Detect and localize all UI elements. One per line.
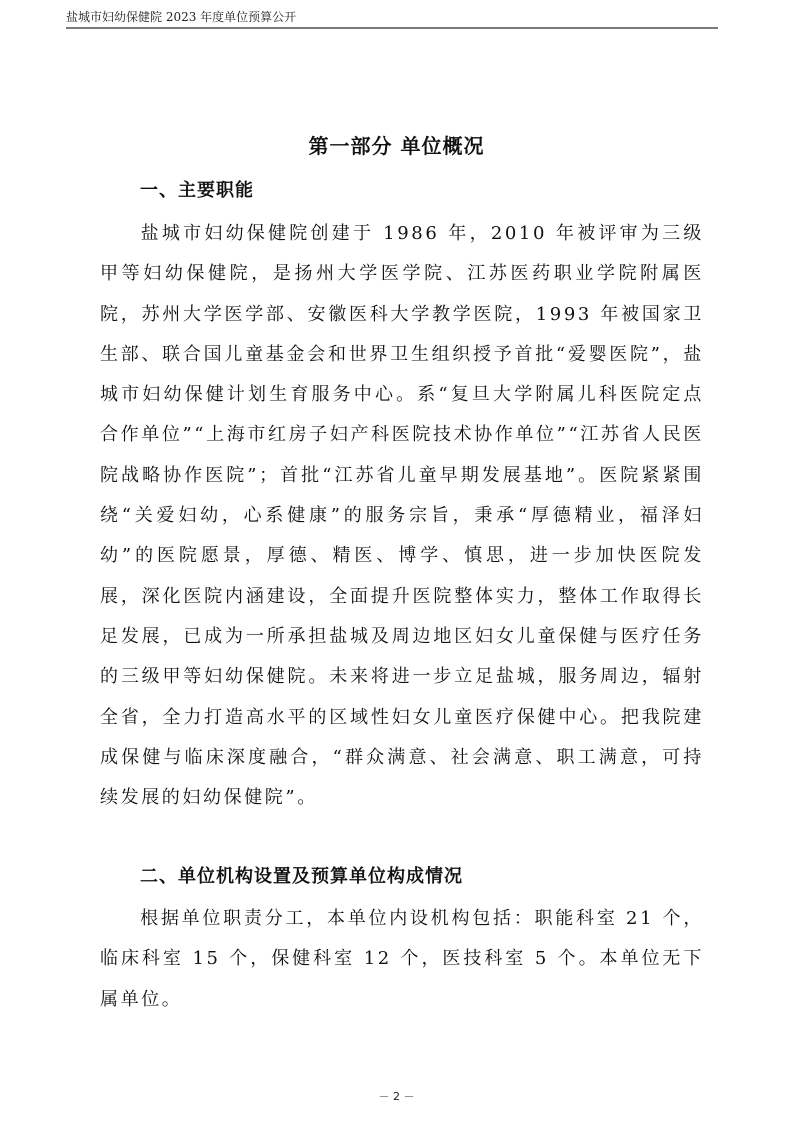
paragraph-text: 盐城市妇幼保健院创建于 1986 年，2010 年被评审为三级甲等妇幼保健院，是… (100, 223, 704, 808)
header-divider (66, 27, 718, 29)
paragraph-text: 根据单位职责分工，本单位内设机构包括：职能科室 21 个，临床科室 15 个，保… (100, 908, 704, 1010)
page-number: － 2 － (0, 1088, 793, 1104)
paragraph-org-structure: 根据单位职责分工，本单位内设机构包括：职能科室 21 个，临床科室 15 个，保… (100, 899, 704, 1020)
section-heading-main-functions: 一、主要职能 (140, 176, 254, 202)
part-title: 第一部分 单位概况 (0, 130, 793, 159)
section-heading-org-structure: 二、单位机构设置及预算单位构成情况 (140, 862, 463, 888)
running-header: 盐城市妇幼保健院 2023 年度单位预算公开 (66, 8, 296, 25)
paragraph-main-functions: 盐城市妇幼保健院创建于 1986 年，2010 年被评审为三级甲等妇幼保健院，是… (100, 214, 704, 818)
